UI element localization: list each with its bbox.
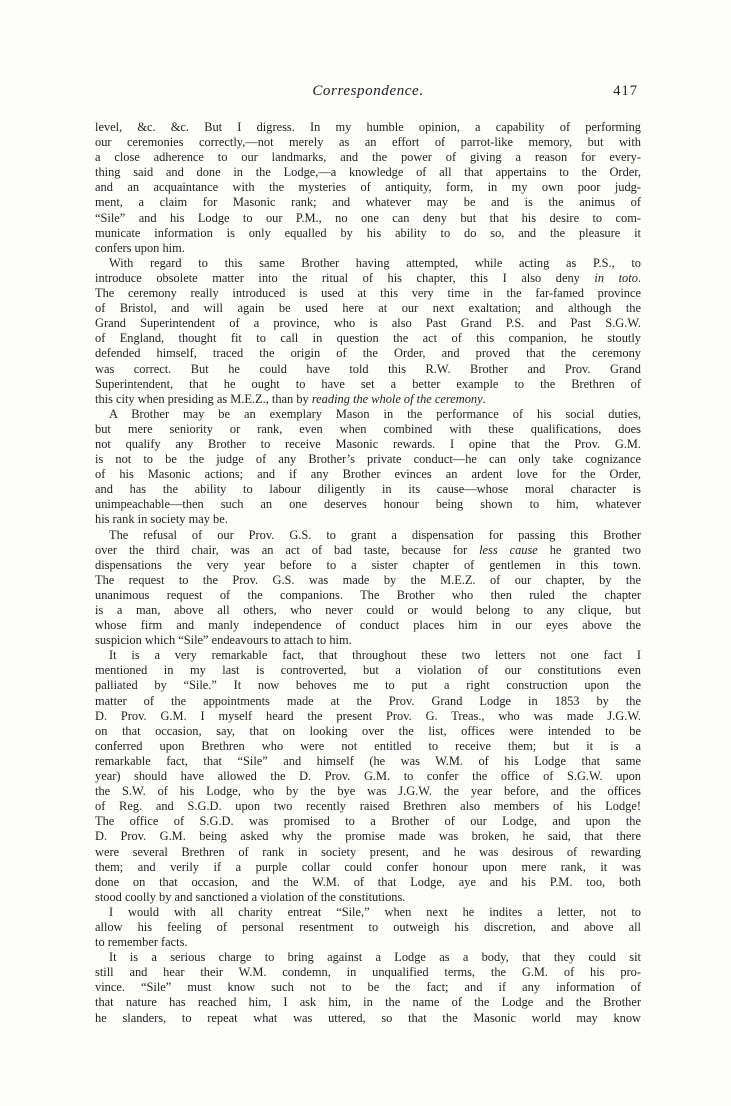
text-line: and an acquaintance with the mysteries o… (95, 180, 641, 195)
text-line: stood coolly by and sanctioned a violati… (95, 890, 641, 905)
text-line: Superintendent, that he ought to have se… (95, 377, 641, 392)
text-line: were several Brethren of rank in society… (95, 845, 641, 860)
text-line: his rank in society may be. (95, 512, 641, 527)
text-line: is a man, above all others, who never co… (95, 603, 641, 618)
text-line: that nature has reached him, I ask him, … (95, 995, 641, 1010)
text-line: level, &c. &c. But I digress. In my humb… (95, 120, 641, 135)
text-line: the S.W. of his Lodge, who by the bye wa… (95, 784, 641, 799)
text-line: conferred upon Brethren who were not ent… (95, 739, 641, 754)
text-line: them; and verily if a purple collar coul… (95, 860, 641, 875)
text-line: unimpeachable—then such an one deserves … (95, 497, 641, 512)
text-line: The request to the Prov. G.S. was made b… (95, 573, 641, 588)
text-line: of his Masonic actions; and if any Broth… (95, 467, 641, 482)
text-line: remarkable fact, that “Sile” and himself… (95, 754, 641, 769)
text-line: on that occasion, say, that on looking o… (95, 724, 641, 739)
text-line: With regard to this same Brother having … (95, 256, 641, 271)
text-line: still and hear their W.M. condemn, in un… (95, 965, 641, 980)
text-line: A Brother may be an exemplary Mason in t… (95, 407, 641, 422)
text-line: not qualify any Brother to receive Mason… (95, 437, 641, 452)
text-line: is not to be the judge of any Brother’s … (95, 452, 641, 467)
text-line: done on that occasion, and the W.M. of t… (95, 875, 641, 890)
text-line: municate information is only equalled by… (95, 226, 641, 241)
text-line: The refusal of our Prov. G.S. to grant a… (95, 528, 641, 543)
text-line: dispensations the very year before to a … (95, 558, 641, 573)
text-line: to remember facts. (95, 935, 641, 950)
text-line: but mere seniority or rank, even when co… (95, 422, 641, 437)
text-line: he slanders, to repeat what was uttered,… (95, 1011, 641, 1026)
text-line: It is a serious charge to bring against … (95, 950, 641, 965)
text-line: I would with all charity entreat “Sile,”… (95, 905, 641, 920)
text-line: The ceremony really introduced is used a… (95, 286, 641, 301)
text-line: thing said and done in the Lodge,—a know… (95, 165, 641, 180)
running-head: Correspondence. 417 (95, 83, 641, 103)
text-line: of Reg. and S.G.D. upon two recently rai… (95, 799, 641, 814)
text-line: year) should have allowed the D. Prov. G… (95, 769, 641, 784)
text-line: Grand Superintendent of a province, who … (95, 316, 641, 331)
text-line: whose firm and manly independence of con… (95, 618, 641, 633)
text-line: palliated by “Sile.” It now behoves me t… (95, 678, 641, 693)
scanned-page: Correspondence. 417 level, &c. &c. But I… (0, 0, 731, 1106)
text-line: was correct. But he could have told this… (95, 362, 641, 377)
text-line: matter of the appointments made at the P… (95, 694, 641, 709)
text-line: of England, thought fit to call in quest… (95, 331, 641, 346)
body-text: level, &c. &c. But I digress. In my humb… (95, 120, 641, 1026)
text-line: confers upon him. (95, 241, 641, 256)
text-line: ment, a claim for Masonic rank; and what… (95, 195, 641, 210)
text-line: It is a very remarkable fact, that throu… (95, 648, 641, 663)
text-line: The office of S.G.D. was promised to a B… (95, 814, 641, 829)
text-line: unanimous request of the companions. The… (95, 588, 641, 603)
text-line: a close adherence to our landmarks, and … (95, 150, 641, 165)
text-line: mentioned in my last is controverted, bu… (95, 663, 641, 678)
page-number: 417 (613, 83, 638, 100)
text-line: over the third chair, was an act of bad … (95, 543, 641, 558)
text-line: allow his feeling of personal resentment… (95, 920, 641, 935)
text-line: defended himself, traced the origin of t… (95, 346, 641, 361)
text-line: of Bristol, and will again be used here … (95, 301, 641, 316)
text-line: our ceremonies correctly,—not merely as … (95, 135, 641, 150)
text-line: “Sile” and his Lodge to our P.M., no one… (95, 211, 641, 226)
text-line: vince. “Sile” must know such not to be t… (95, 980, 641, 995)
text-line: D. Prov. G.M. I myself heard the present… (95, 709, 641, 724)
text-line: this city when presiding as M.E.Z., than… (95, 392, 641, 407)
running-head-title: Correspondence. (95, 83, 641, 100)
text-line: introduce obsolete matter into the ritua… (95, 271, 641, 286)
text-line: D. Prov. G.M. being asked why the promis… (95, 829, 641, 844)
text-line: suspicion which “Sile” endeavours to att… (95, 633, 641, 648)
text-line: and has the ability to labour diligently… (95, 482, 641, 497)
